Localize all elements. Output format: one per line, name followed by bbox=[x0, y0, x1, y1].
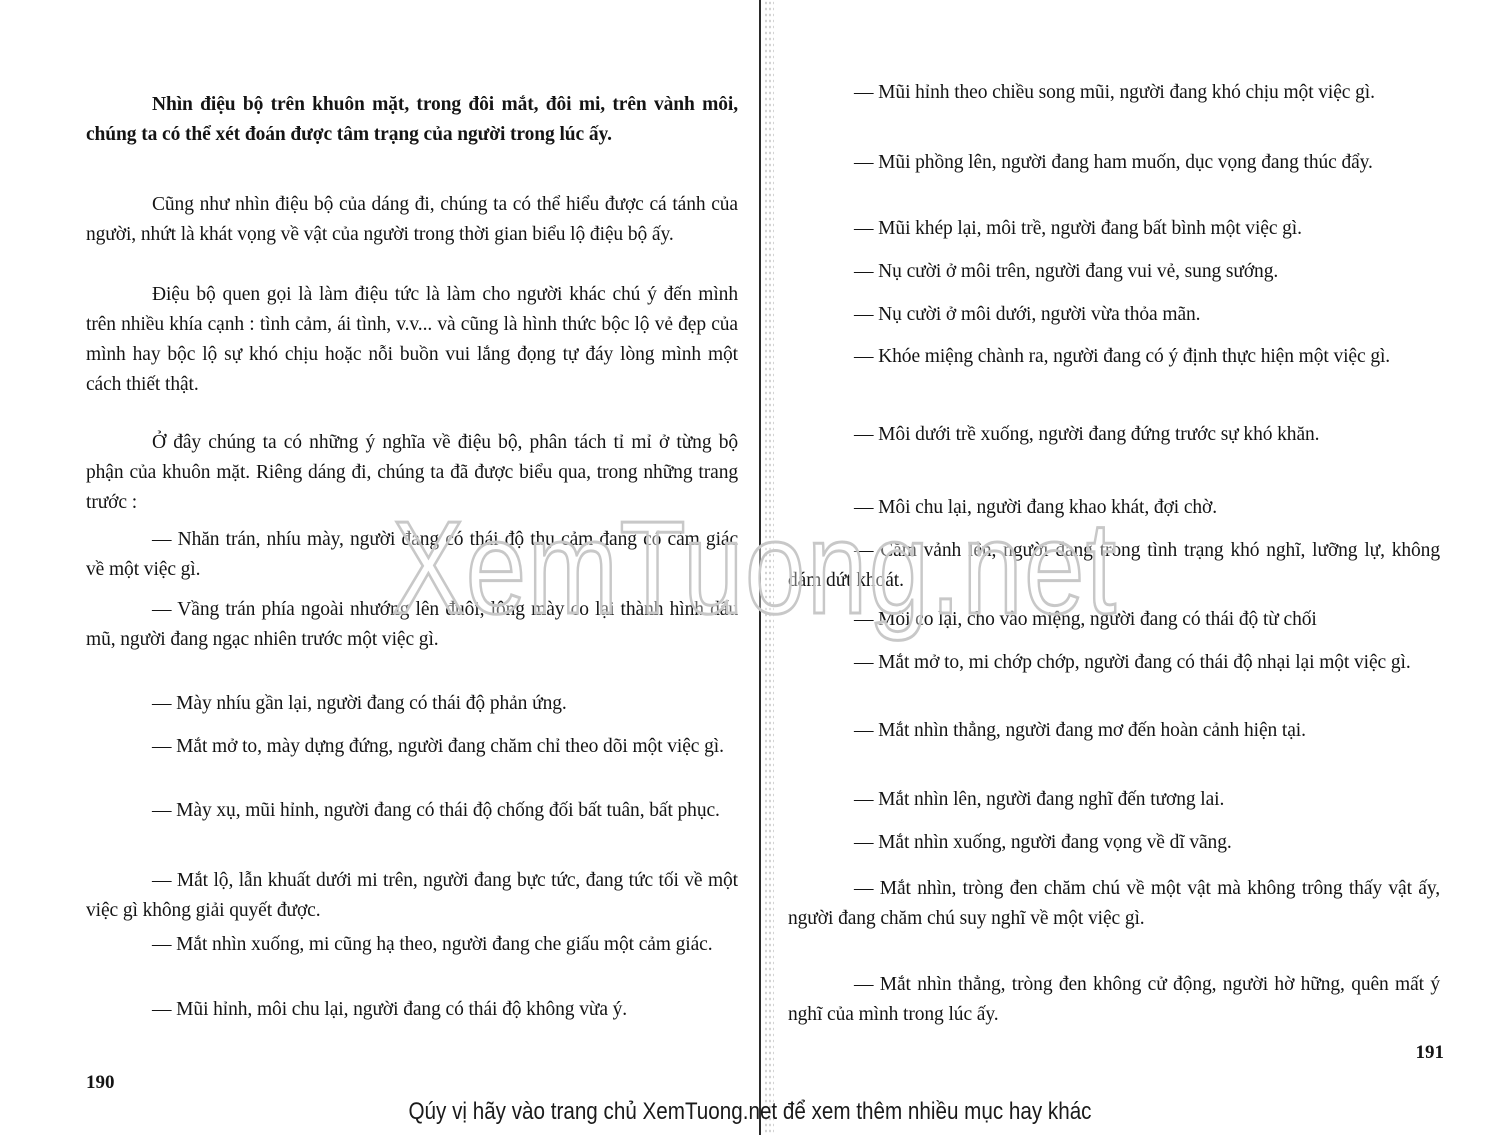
list-item-text: — Mắt nhìn thẳng, tròng đen không cử độn… bbox=[788, 974, 1440, 1025]
footer-banner: Qúy vị hãy vào trang chủ XemTuong.net để… bbox=[105, 1093, 1395, 1131]
list-item: — Vầng trán phía ngoài nhướng lên đuôi, … bbox=[86, 595, 738, 655]
book-spread: Nhìn điệu bộ trên khuôn mặt, trong đôi m… bbox=[0, 0, 1500, 1135]
list-item-text: — Mắt lộ, lẫn khuất dưới mi trên, người … bbox=[86, 870, 738, 921]
paragraph: Ở đây chúng ta có những ý nghĩa về điệu … bbox=[86, 428, 738, 518]
list-item-text: — Mũi hỉnh, môi chu lại, người đang có t… bbox=[152, 999, 627, 1020]
list-item-text: — Mắt nhìn, tròng đen chăm chú về một vậ… bbox=[788, 878, 1440, 929]
list-item-text: — Mắt nhìn thẳng, người đang mơ đến hoàn… bbox=[854, 720, 1306, 741]
list-item-text: — Mày nhíu gần lại, người đang có thái đ… bbox=[152, 693, 567, 714]
list-item: — Mắt nhìn thẳng, người đang mơ đến hoàn… bbox=[788, 716, 1440, 746]
list-item-text: — Mắt nhìn lên, người đang nghĩ đến tươn… bbox=[854, 789, 1224, 810]
list-item: — Mắt nhìn thẳng, tròng đen không cử độn… bbox=[788, 970, 1440, 1030]
list-item-text: — Nụ cười ở môi dưới, người vừa thỏa mãn… bbox=[854, 304, 1200, 325]
paragraph-text: Nhìn điệu bộ trên khuôn mặt, trong đôi m… bbox=[86, 94, 738, 145]
list-item-text: — Mũi phồng lên, người đang ham muốn, dụ… bbox=[854, 152, 1373, 173]
binding-shadow bbox=[764, 0, 774, 1135]
list-item: — Mắt nhìn xuống, mi cũng hạ theo, người… bbox=[86, 930, 738, 960]
paragraph-text: Cũng như nhìn điệu bộ của dáng đi, chúng… bbox=[86, 194, 738, 245]
page-number: 190 bbox=[86, 1072, 115, 1094]
list-item-text: — Nụ cười ở môi trên, người đang vui vẻ,… bbox=[854, 261, 1278, 282]
paragraph-text: Điệu bộ quen gọi là làm điệu tức là làm … bbox=[86, 284, 738, 395]
paragraph: Nhìn điệu bộ trên khuôn mặt, trong đôi m… bbox=[86, 90, 738, 150]
list-item: — Mày xụ, mũi hỉnh, người đang có thái đ… bbox=[86, 796, 738, 826]
left-page: Nhìn điệu bộ trên khuôn mặt, trong đôi m… bbox=[86, 0, 738, 1090]
list-item: — Mũi khép lại, môi trề, người đang bất … bbox=[788, 214, 1440, 244]
list-item: — Cằm vảnh lên, người đang trong tình tr… bbox=[788, 536, 1440, 596]
list-item: — Mũi hỉnh theo chiều song mũi, người đa… bbox=[788, 78, 1440, 108]
paragraph-text: Ở đây chúng ta có những ý nghĩa về điệu … bbox=[86, 432, 738, 513]
list-item-text: — Mắt nhìn xuống, mi cũng hạ theo, người… bbox=[152, 934, 713, 955]
list-item-text: — Mắt nhìn xuống, người đang vọng về dĩ … bbox=[854, 832, 1232, 853]
list-item-text: — Môi chu lại, người đang khao khát, đợi… bbox=[854, 497, 1217, 518]
list-item: — Môi chu lại, người đang khao khát, đợi… bbox=[788, 493, 1440, 523]
list-item: — Nụ cười ở môi trên, người đang vui vẻ,… bbox=[788, 257, 1440, 287]
list-item-text: — Khóe miệng chành ra, người đang có ý đ… bbox=[854, 346, 1390, 367]
list-item-text: — Nhăn trán, nhíu mày, người đang có thá… bbox=[86, 529, 738, 580]
list-item: — Mắt lộ, lẫn khuất dưới mi trên, người … bbox=[86, 866, 738, 926]
list-item: — Mắt nhìn, tròng đen chăm chú về một vậ… bbox=[788, 874, 1440, 934]
list-item: — Mắt mở to, mày dựng đứng, người đang c… bbox=[86, 732, 738, 762]
list-item-text: — Mắt mở to, mày dựng đứng, người đang c… bbox=[152, 736, 724, 757]
list-item: — Mắt nhìn xuống, người đang vọng về dĩ … bbox=[788, 828, 1440, 858]
list-item: — Mũi hỉnh, môi chu lại, người đang có t… bbox=[86, 995, 738, 1025]
list-item-text: — Vầng trán phía ngoài nhướng lên đuôi, … bbox=[86, 599, 738, 650]
list-item-text: — Mày xụ, mũi hỉnh, người đang có thái đ… bbox=[152, 800, 720, 821]
list-item: — Nụ cười ở môi dưới, người vừa thỏa mãn… bbox=[788, 300, 1440, 330]
list-item: — Môi co lại, cho vào miệng, người đang … bbox=[788, 605, 1440, 635]
paragraph: Điệu bộ quen gọi là làm điệu tức là làm … bbox=[86, 280, 738, 400]
list-item: — Mày nhíu gần lại, người đang có thái đ… bbox=[86, 689, 738, 719]
list-item: — Mắt mở to, mi chớp chớp, người đang có… bbox=[788, 648, 1440, 678]
list-item: — Môi dưới trề xuống, người đang đứng tr… bbox=[788, 420, 1440, 450]
list-item: — Khóe miệng chành ra, người đang có ý đ… bbox=[788, 342, 1440, 372]
paragraph: Cũng như nhìn điệu bộ của dáng đi, chúng… bbox=[86, 190, 738, 250]
list-item-text: — Mũi khép lại, môi trề, người đang bất … bbox=[854, 218, 1302, 239]
list-item-text: — Cằm vảnh lên, người đang trong tình tr… bbox=[788, 540, 1440, 591]
page-number: 191 bbox=[1416, 1042, 1445, 1064]
list-item-text: — Môi dưới trề xuống, người đang đứng tr… bbox=[854, 424, 1319, 445]
list-item-text: — Mũi hỉnh theo chiều song mũi, người đa… bbox=[854, 82, 1375, 103]
list-item: — Nhăn trán, nhíu mày, người đang có thá… bbox=[86, 525, 738, 585]
list-item-text: — Mắt mở to, mi chớp chớp, người đang có… bbox=[854, 652, 1411, 673]
binding-line bbox=[759, 0, 761, 1135]
right-page: — Mũi hỉnh theo chiều song mũi, người đa… bbox=[788, 0, 1440, 1090]
list-item: — Mắt nhìn lên, người đang nghĩ đến tươn… bbox=[788, 785, 1440, 815]
list-item: — Mũi phồng lên, người đang ham muốn, dụ… bbox=[788, 148, 1440, 178]
list-item-text: — Môi co lại, cho vào miệng, người đang … bbox=[854, 609, 1317, 630]
